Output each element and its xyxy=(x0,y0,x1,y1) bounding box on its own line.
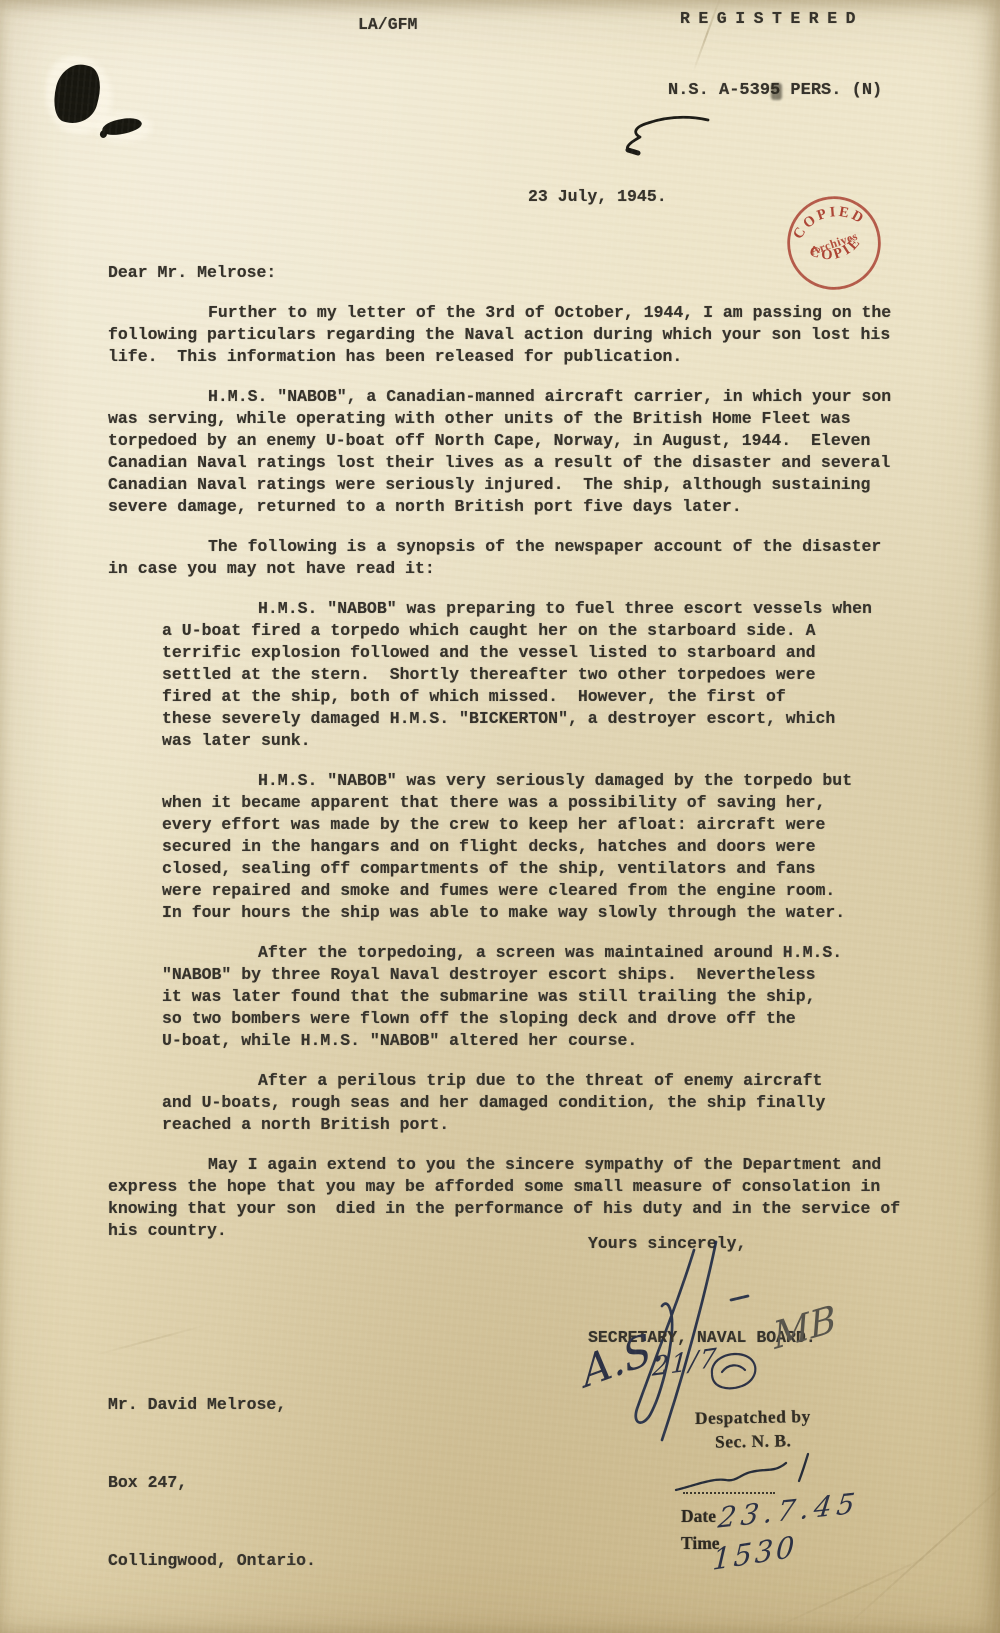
handwritten-despatch-time: 1530 xyxy=(712,1529,799,1577)
paragraph-synopsis-lead: The following is a synopsis of the newsp… xyxy=(108,536,908,580)
quote-torpedo-strike: H.M.S. "NABOB" was preparing to fuel thr… xyxy=(162,598,904,752)
letter-date: 23 July, 1945. xyxy=(528,186,667,208)
scanned-letter-page: LA/GFM REGISTERED N.S. A-5395 PERS. (N) … xyxy=(0,0,1000,1633)
handwritten-initials-mb: MB xyxy=(771,1297,838,1358)
despatch-stamp-line1: Despatched by xyxy=(688,1404,818,1430)
recipient-name: Mr. David Melrose, xyxy=(108,1392,316,1418)
registered-label: REGISTERED xyxy=(680,8,864,30)
paragraph-intro: Further to my letter of the 3rd of Octob… xyxy=(108,302,908,368)
circled-initials-scribble xyxy=(702,1344,768,1396)
quote-perilous-trip: After a perilous trip due to the threat … xyxy=(162,1070,904,1136)
quote-escort-screen: After the torpedoing, a screen was maint… xyxy=(162,942,904,1052)
overtyped-character-smudge xyxy=(771,83,782,100)
typist-code: LA/GFM xyxy=(358,14,417,36)
paragraph-nabob-torpedoed: H.M.S. "NABOB", a Canadian-manned aircra… xyxy=(108,386,908,518)
date-label: Date xyxy=(681,1506,716,1527)
recipient-box: Box 247, xyxy=(108,1470,316,1496)
paragraph-sympathy: May I again extend to you the sincere sy… xyxy=(108,1154,908,1242)
ink-scribble-mark xyxy=(618,110,713,155)
recipient-address: Mr. David Melrose, Box 247, Collingwood,… xyxy=(108,1340,316,1626)
letter-body: Dear Mr. Melrose: Further to my letter o… xyxy=(108,262,908,1242)
recipient-city: Collingwood, Ontario. xyxy=(108,1548,316,1574)
quote-saving-ship: H.M.S. "NABOB" was very seriously damage… xyxy=(162,770,904,924)
salutation: Dear Mr. Melrose: xyxy=(108,262,908,284)
despatched-by-stamp: Despatched by Sec. N. B. xyxy=(688,1404,819,1454)
despatch-dotted-line xyxy=(683,1472,775,1494)
